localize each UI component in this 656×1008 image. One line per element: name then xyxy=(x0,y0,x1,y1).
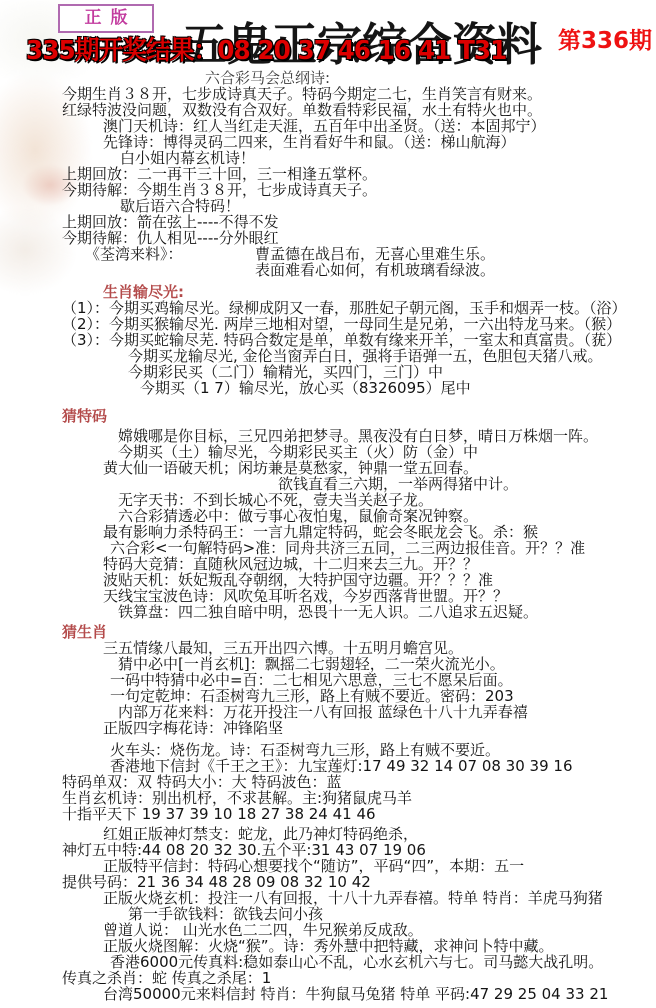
text-line: 《荃湾来料》：曹孟德在战吕布，无喜心里难生乐。 xyxy=(0,246,656,262)
text-line: 六合彩<一句解特码>准：同舟共济三五同，二三两边报佳音。开？？准 xyxy=(0,540,656,556)
text-line: 欲钱直看三六期，一举两得猪中计。 xyxy=(0,476,656,492)
text-line: 台湾50000元来料信封 特肖：牛狗鼠马兔猪 特单 平码:47 29 25 04… xyxy=(0,986,656,1002)
text-line: （2）：今期买猴输尽光. 两岸三地相对望，一母同生是兄弟，一六出特龙马来。（猴） xyxy=(0,316,656,332)
page: 正版 五鬼正宗综合资料 第336期 335期开奖结果：08 20 37 46 1… xyxy=(0,0,656,1008)
text-line: 铁算盘：四二独自暗中明，恐畏十一无人识。二八追求五迟疑。 xyxy=(0,604,656,620)
text-line: 今期买（土）输尽光，今期彩民买主（火）防（金）中 xyxy=(0,444,656,460)
text-line: 传真之杀肖：蛇 传真之杀尾：1 xyxy=(0,970,656,986)
text-line: 正版火烧图解：火烧“猴”。诗：秀外慧中把特藏，求神问卜特中藏。 xyxy=(0,938,656,954)
text-line: 今期买龙输尽光, 金伦当窗弄白日，强将手语弹一五，色胆包天猪八戒。 xyxy=(0,348,656,364)
text-line: 波贴天机：妖妃叛乱夺朝纲，大特护国守边疆。开？？？准 xyxy=(0,572,656,588)
text-line: 神灯五中特:44 08 20 32 30.五个平:31 43 07 19 06 xyxy=(0,842,656,858)
text-line: 猜中必中[一肖玄机]：飘摇二七弱翅轻，二一荣火流光小。 xyxy=(0,656,656,672)
text-line: 火车头：烧伤龙。诗：石歪树弯九三形，路上有贼不要近。 xyxy=(0,742,656,758)
text-line: 表面难看心如何，有机玻璃看绿波。 xyxy=(0,262,656,278)
text-line: 十指平天下 19 37 39 10 18 27 38 24 41 46 xyxy=(0,806,656,822)
text-line: 白小姐内幕玄机诗！ xyxy=(0,150,656,166)
previous-draw-result-overlay: 335期开奖结果：08 20 37 46 16 41 T31 xyxy=(26,30,506,67)
text-line: 今期买（1 7）输尽光，放心买（8326095）尾中 xyxy=(0,380,656,396)
text-line: 特码单双：双 特码大小：大 特码波色：蓝 xyxy=(0,774,656,790)
text-line: 正版特平信封：特码心想要找个“随访”，平码“四”，本期：五一 xyxy=(0,858,656,874)
text-line: 今期待解：今期生肖３８开，七步成诗真天子。 xyxy=(0,182,656,198)
text-line: （1）：今期买鸡输尽光。绿柳成阴又一春，那胜妃子朝元阁，玉手和烟弄一枝。（浴） xyxy=(0,300,656,316)
text-line: 三五情缘八最知，三五开出四六博。十五明月蟾宫见。 xyxy=(0,640,656,656)
text-line: 先锋诗：博得灵码二四来，生肖看好牛和鼠。（送：梯山航海） xyxy=(0,134,656,150)
text-line: 上期回放：箭在弦上----不得不发 xyxy=(0,214,656,230)
text-line: 正版火烧玄机：投注一八有回报，十八十九弄春禧。特单 特肖：羊虎马狗猪 xyxy=(0,890,656,906)
text-line: 香港地下信封《千王之王》：九宝莲灯:17 49 32 14 07 08 30 3… xyxy=(0,758,656,774)
text-line: 猜生肖 xyxy=(0,624,656,640)
line-label: 《荃湾来料》： xyxy=(85,246,255,262)
text-line: 无字天书：不到长城心不死，壹夫当关赵子龙。 xyxy=(0,492,656,508)
text-line: 内部万花来料：万花开投注一八有回报 蓝绿色十八十九弄春禧 xyxy=(0,704,656,720)
text-line: 第一手欲钱料：欲钱去问小孩 xyxy=(0,906,656,922)
authentic-badge: 正版 xyxy=(58,4,154,33)
text-line: 正版四字梅花诗：冲锋陷坚 xyxy=(0,720,656,736)
text-line: 今期待解：仇人相见----分外眼红 xyxy=(0,230,656,246)
text-line: 一码中特猜中必中=百：二七相见六思意，三七不愿呆后面。 xyxy=(0,672,656,688)
text-line: 红绿特波没问题，双数没有合双好。单数看特彩民福，水土有特火也中。 xyxy=(0,102,656,118)
text-line: 今期彩民买（二门）输精光，买四门，三门）中 xyxy=(0,364,656,380)
text-line: 一句定乾坤：石歪树弯九三形，路上有贼不要近。密码：203 xyxy=(0,688,656,704)
issue-number: 第336期 xyxy=(558,22,652,55)
text-line: 猜特码 xyxy=(0,408,656,424)
text-line: 曾道人说： 山光水色二二四，牛兄猴弟反成敌。 xyxy=(0,922,656,938)
text-line: 嫦娥哪是你目标，三兄四弟把梦寻。黑夜没有白日梦，晴日万株烟一阵。 xyxy=(0,428,656,444)
text-line: 六合彩猜透必中：做亏事心夜怕鬼，鼠偷奇案况钟察。 xyxy=(0,508,656,524)
header: 正版 五鬼正宗综合资料 第336期 335期开奖结果：08 20 37 46 1… xyxy=(0,0,656,72)
text-line: 黄大仙一语破天机；闲坊兼是莫愁家，钟鼎一堂五回春。 xyxy=(0,460,656,476)
text-line: 歇后语六合特码！ xyxy=(0,198,656,214)
text-line: 澳门天机诗：红人当红走天涯，五百年中出圣贤。（送：本固邦宁） xyxy=(0,118,656,134)
text-line: 上期回放：二一再干三十回，三一相逢五掌杯。 xyxy=(0,166,656,182)
text-line: 生肖玄机诗：别出机杼，不求甚解。主:狗猪鼠虎马羊 xyxy=(0,790,656,806)
text-line: 最有影响力杀特码王：一言九鼎定特码，蛇会冬眠龙会飞。杀：猴 xyxy=(0,524,656,540)
text-line: 今期生肖３８开，七步成诗真天子。特码今期定二七，生肖笑言有财来。 xyxy=(0,86,656,102)
text-line: 生肖输尽光: xyxy=(0,284,656,300)
content-lines: 六合彩马会总纲诗:今期生肖３８开，七步成诗真天子。特码今期定二七，生肖笑言有财来… xyxy=(0,70,656,1002)
text-line: 特码大竞猜：直随秋风冠边城，十二归来去三九。开？？ xyxy=(0,556,656,572)
text-line: 天线宝宝波色诗：风吹兔耳听名戏，今岁西落背世盟。开？？ xyxy=(0,588,656,604)
text-line: 六合彩马会总纲诗: xyxy=(0,70,656,86)
text-line: 红姐正版神灯禁支：蛇龙，此乃神灯特码绝杀， xyxy=(0,826,656,842)
text-line: （3）：今期买蛇输尽芜. 特码合数定是单，单数有缘来开羊，一室太和真富贵。（莸） xyxy=(0,332,656,348)
text-line: 提供号码：21 36 34 48 28 09 08 32 10 42 xyxy=(0,874,656,890)
text-line: 香港6000元传真料:稳如泰山心不乱，心水玄机六与七。司马懿大战孔明。 xyxy=(0,954,656,970)
